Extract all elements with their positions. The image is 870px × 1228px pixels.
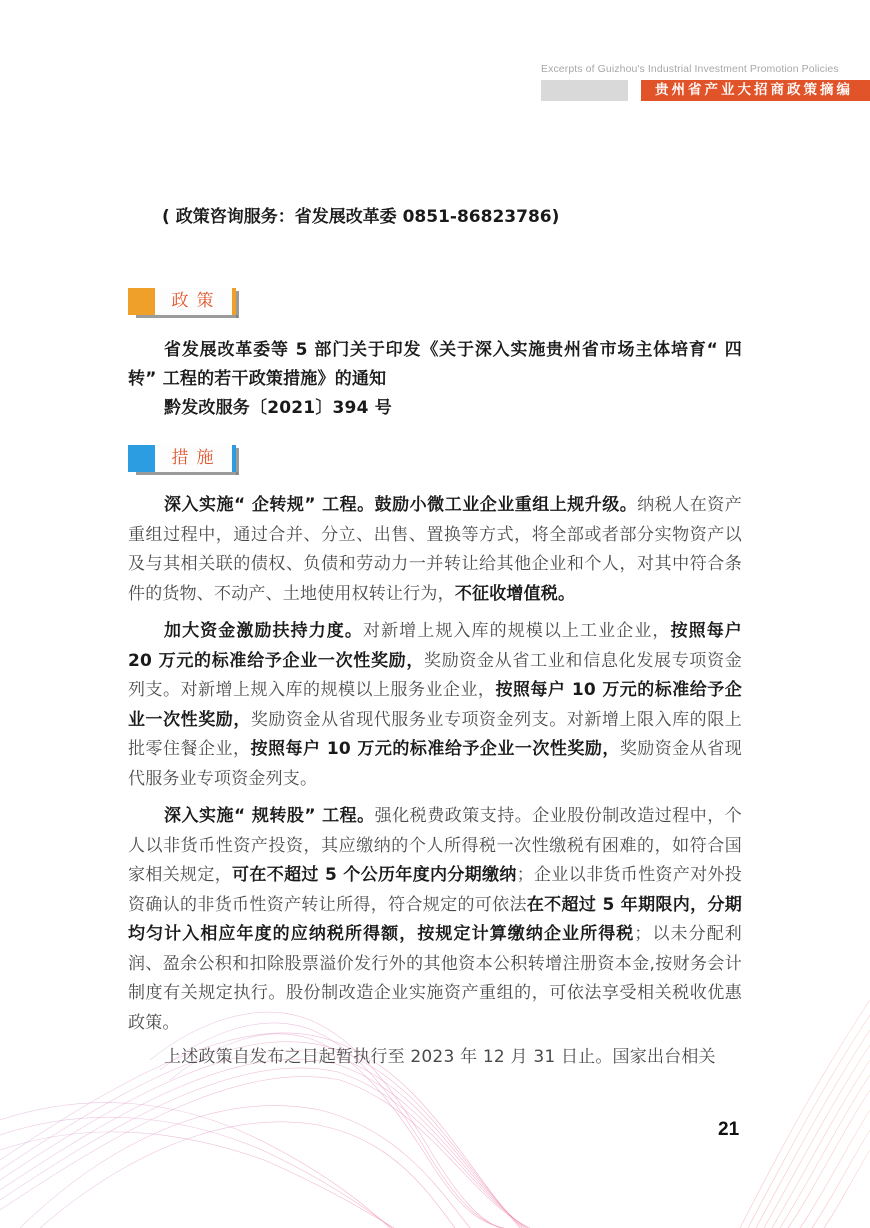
policy-section-tag: 政策 xyxy=(128,288,238,316)
tag-shadow xyxy=(136,315,238,318)
header-gray-block xyxy=(541,80,628,101)
tag-color-block xyxy=(128,288,155,315)
closing-text: 上述政策自发布之日起暂执行至 2023 年 12 月 31 日止。国家出台相关 xyxy=(164,1047,716,1067)
closing-paragraph: 上述政策自发布之日起暂执行至 2023 年 12 月 31 日止。国家出台相关 xyxy=(128,1043,742,1073)
measures-section-tag: 措施 xyxy=(128,445,238,473)
header-chinese-title: 贵州省产业大招商政策摘编 xyxy=(641,80,870,101)
measure-paragraph-3: 深入实施“ 规转股” 工程。强化税费政策支持。企业股份制改造过程中，个人以非货币… xyxy=(128,802,742,1038)
policy-tag-label: 政策 xyxy=(155,288,232,315)
measures-tag-label: 措施 xyxy=(155,445,232,472)
measure-heading: 加大资金激励扶持力度。 xyxy=(164,621,363,641)
tag-shadow xyxy=(136,472,238,475)
measure-text: 对新增上规入库的规模以上工业企业， xyxy=(363,621,671,641)
document-page: Excerpts of Guizhou's Industrial Investm… xyxy=(0,0,870,1228)
measure-emphasis: 不征收增值税。 xyxy=(455,584,575,604)
policy-title: 省发展改革委等 5 部门关于印发《关于深入实施贵州省市场主体培育“ 四转” 工程… xyxy=(128,336,742,394)
measure-emphasis: 可在不超过 5 个公历年度内分期缴纳 xyxy=(232,865,517,885)
measure-paragraph-2: 加大资金激励扶持力度。对新增上规入库的规模以上工业企业，按照每户 20 万元的标… xyxy=(128,617,742,794)
measure-heading: 深入实施“ 规转股” 工程。 xyxy=(164,806,375,826)
measure-emphasis: 按照每户 10 万元的标准给予企业一次性奖励， xyxy=(250,739,619,759)
policy-doc-number: 黔发改服务〔2021〕394 号 xyxy=(128,394,742,423)
header-english-title: Excerpts of Guizhou's Industrial Investm… xyxy=(541,63,841,75)
measure-heading: 深入实施“ 企转规” 工程。鼓励小微工业企业重组上规升级。 xyxy=(164,495,637,515)
measure-paragraph-1: 深入实施“ 企转规” 工程。鼓励小微工业企业重组上规升级。纳税人在资产重组过程中… xyxy=(128,491,742,609)
tag-end-bar xyxy=(232,445,236,472)
tag-shadow xyxy=(236,448,239,475)
consultation-contact: ( 政策咨询服务：省发展改革委 0851-86823786) xyxy=(162,202,559,227)
tag-end-bar xyxy=(232,288,236,315)
tag-shadow xyxy=(236,291,239,318)
page-number: 21 xyxy=(718,1119,739,1141)
tag-color-block xyxy=(128,445,155,472)
